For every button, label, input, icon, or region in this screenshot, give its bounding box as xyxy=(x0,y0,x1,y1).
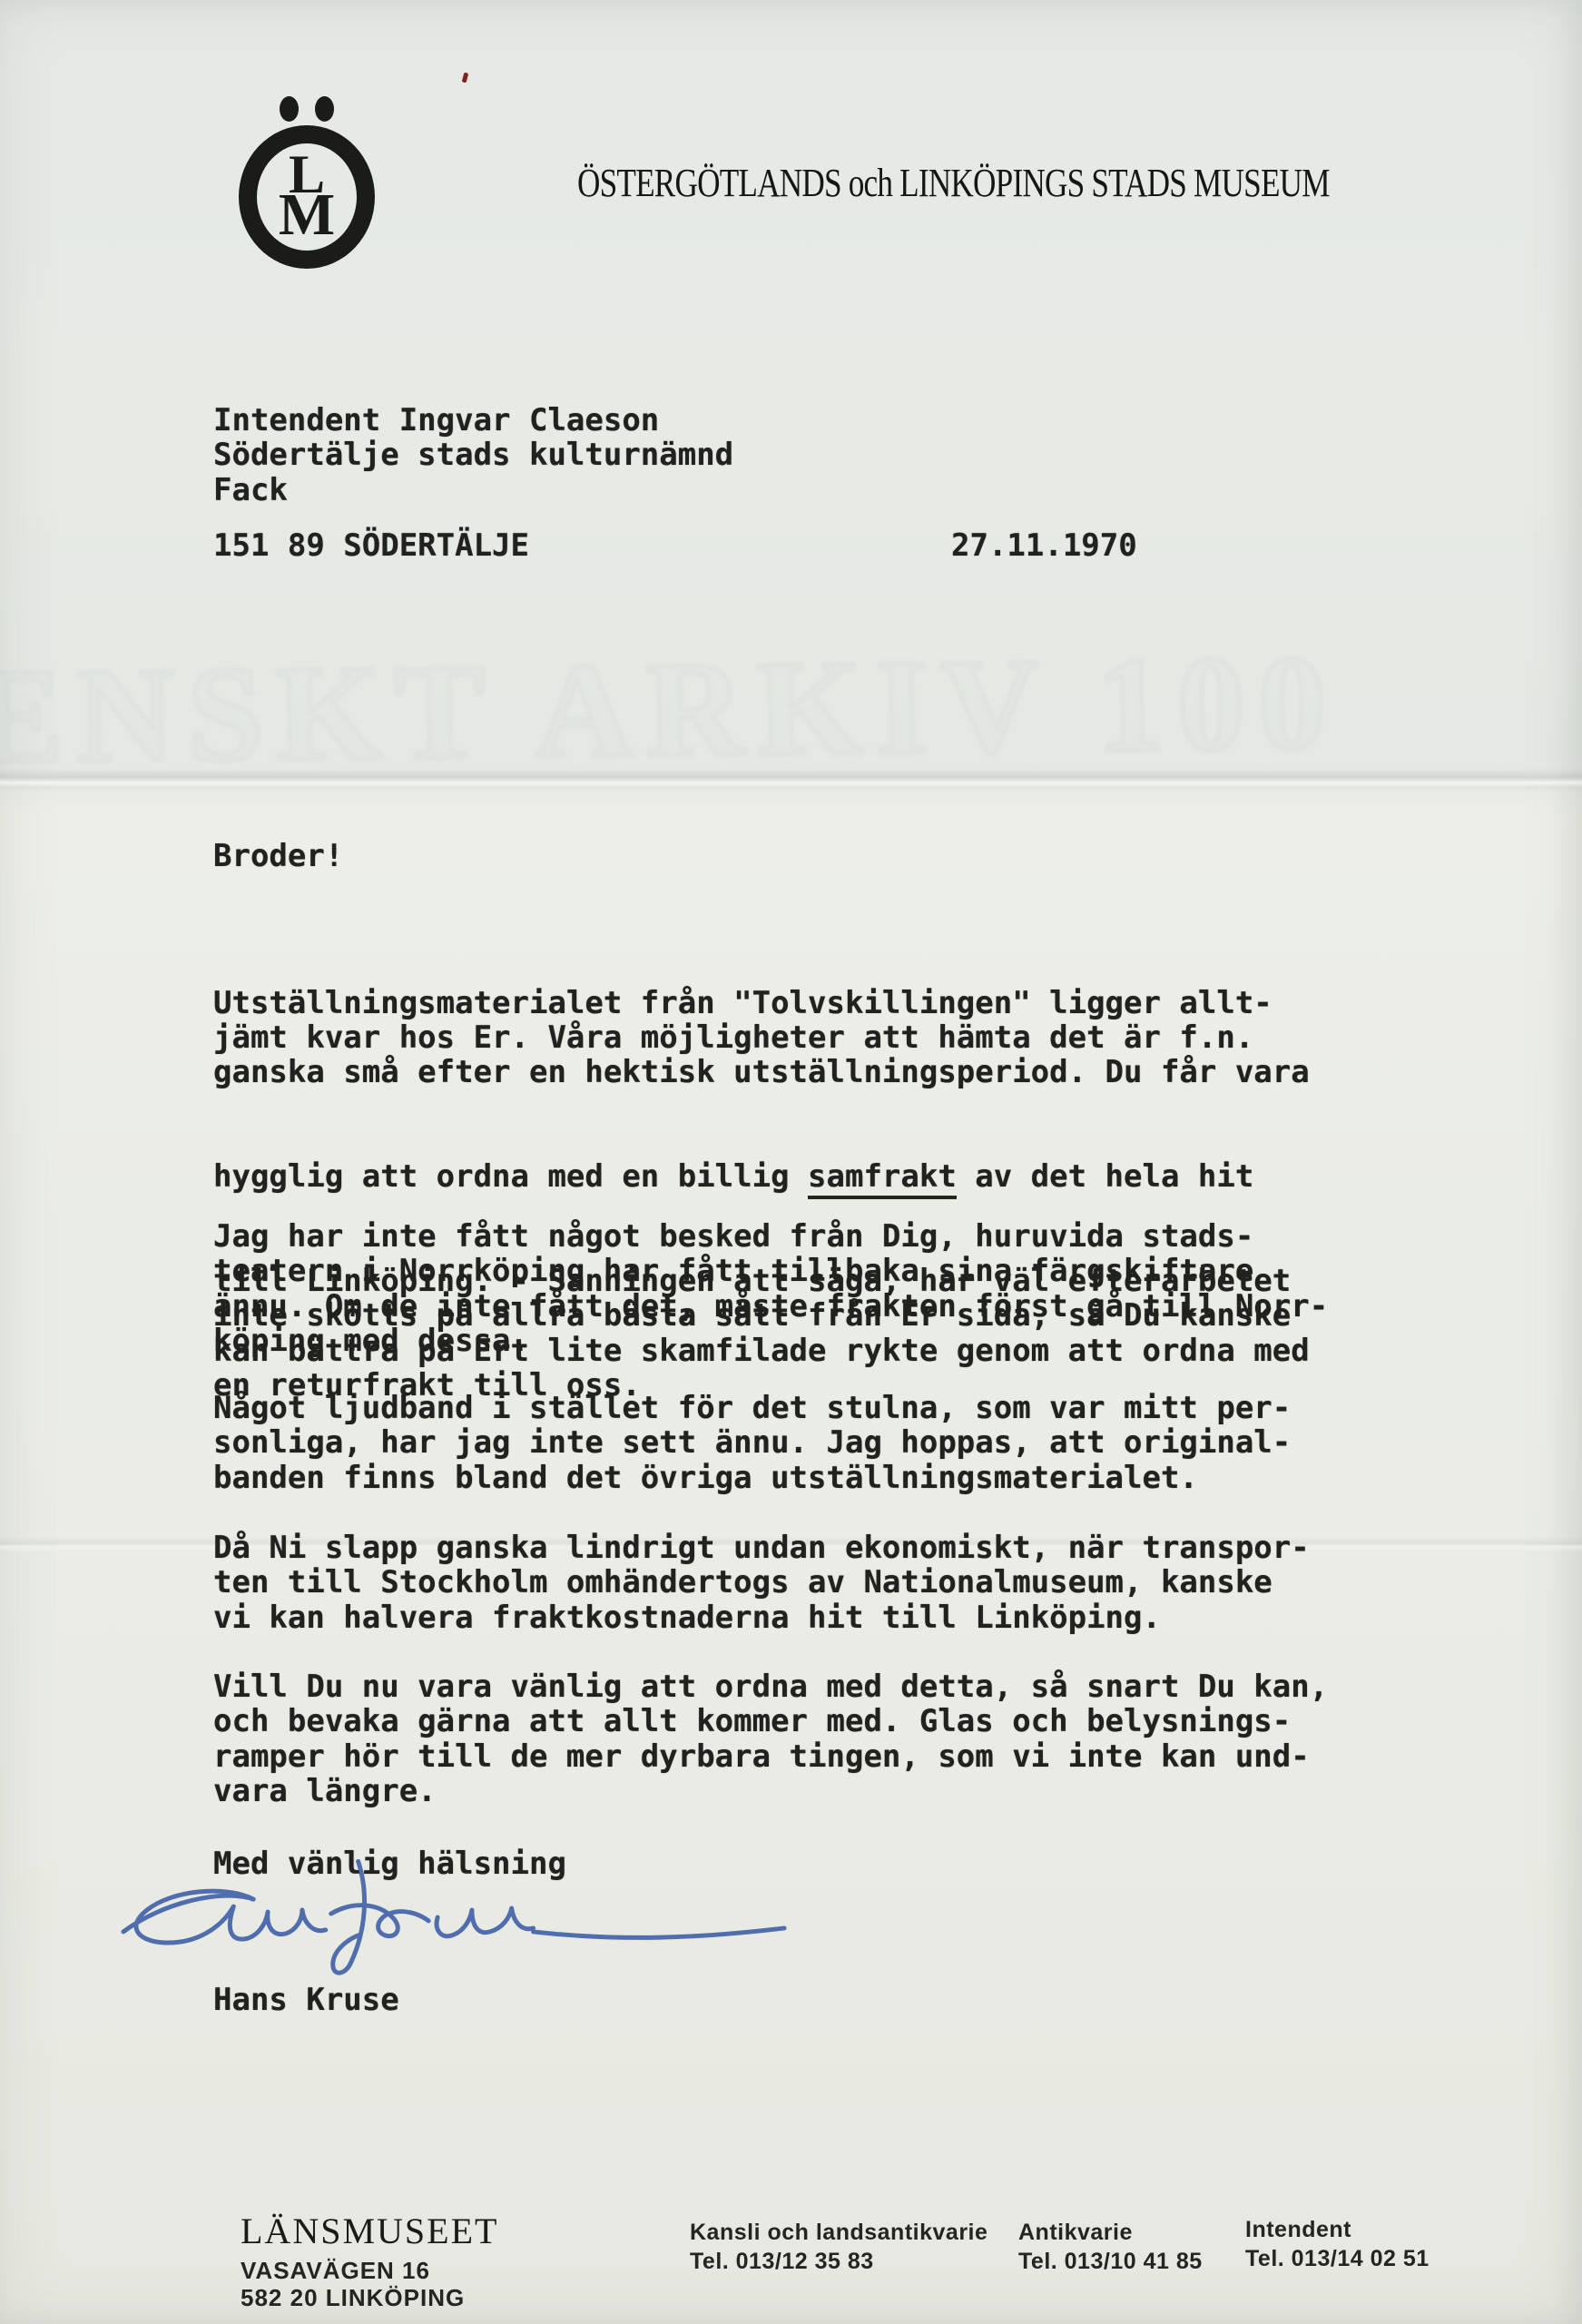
footer-street: VASAVÄGEN 16 xyxy=(241,2257,430,2285)
contact-telephone: Tel. 013/12 35 83 xyxy=(690,2248,988,2275)
contact-role: Antikvarie xyxy=(1018,2219,1203,2246)
paragraph-3: Något ljudband i stället för det stulna,… xyxy=(213,1391,1291,1495)
sender-typed-name: Hans Kruse xyxy=(213,1983,399,2017)
contact-role: Intendent xyxy=(1245,2216,1430,2243)
letter-footer: LÄNSMUSEET VASAVÄGEN 16 582 20 LINKÖPING… xyxy=(0,2208,1582,2324)
paragraph-5: Vill Du nu vara vänlig att ordna med det… xyxy=(213,1669,1328,1808)
red-ink-speck xyxy=(462,73,469,84)
fold-crease-top xyxy=(0,768,1582,792)
underlined-word-samfrakt: samfrakt xyxy=(808,1158,957,1199)
handwritten-signature xyxy=(116,1848,802,1984)
contact-role: Kansli och landsantikvarie xyxy=(690,2219,988,2246)
footer-contact-intendent: Intendent Tel. 013/14 02 51 xyxy=(1245,2216,1430,2272)
contact-telephone: Tel. 013/10 41 85 xyxy=(1018,2248,1203,2275)
paragraph-2: Jag har inte fått något besked från Dig,… xyxy=(213,1219,1328,1358)
footer-contact-kansli: Kansli och landsantikvarie Tel. 013/12 3… xyxy=(690,2219,988,2275)
museum-logo: L M xyxy=(239,96,375,271)
paragraph-1-lines-a: Utställningsmaterialet från "Tolvskillin… xyxy=(213,986,1310,1090)
paragraph-1-line-underlined: hygglig att ordna med en billig samfrakt… xyxy=(213,1159,1310,1194)
logo-letter-m: M xyxy=(279,192,335,240)
footer-contact-antikvarie: Antikvarie Tel. 013/10 41 85 xyxy=(1018,2219,1203,2275)
paragraph-4: Då Ni slapp ganska lindrigt undan ekonom… xyxy=(213,1531,1310,1635)
line-pre-text: hygglig att ordna med en billig xyxy=(213,1158,808,1195)
paragraph-1: Utställningsmaterialet från "Tolvskillin… xyxy=(213,916,1310,1472)
letter-page: ENSKT ARKIV 100 L M ÖSTERGÖTLANDS och LI… xyxy=(0,0,1582,2324)
recipient-postal-code: 151 89 SÖDERTÄLJE xyxy=(213,528,529,563)
footer-city: 582 20 LINKÖPING xyxy=(241,2284,465,2312)
umlaut-dot-right-icon xyxy=(315,96,334,122)
salutation: Broder! xyxy=(213,839,343,873)
contact-telephone: Tel. 013/14 02 51 xyxy=(1245,2245,1430,2272)
letter-date: 27.11.1970 xyxy=(951,528,1137,563)
recipient-address: Intendent Ingvar Claeson Södertälje stad… xyxy=(213,403,733,507)
umlaut-dot-left-icon xyxy=(280,96,299,122)
line-post-text: av det hela hit xyxy=(957,1158,1254,1195)
museum-name: ÖSTERGÖTLANDS och LINKÖPINGS STADS MUSEU… xyxy=(577,160,1330,206)
footer-museum-name: LÄNSMUSEET xyxy=(241,2210,498,2252)
logo-o-ring: L M xyxy=(239,125,375,269)
